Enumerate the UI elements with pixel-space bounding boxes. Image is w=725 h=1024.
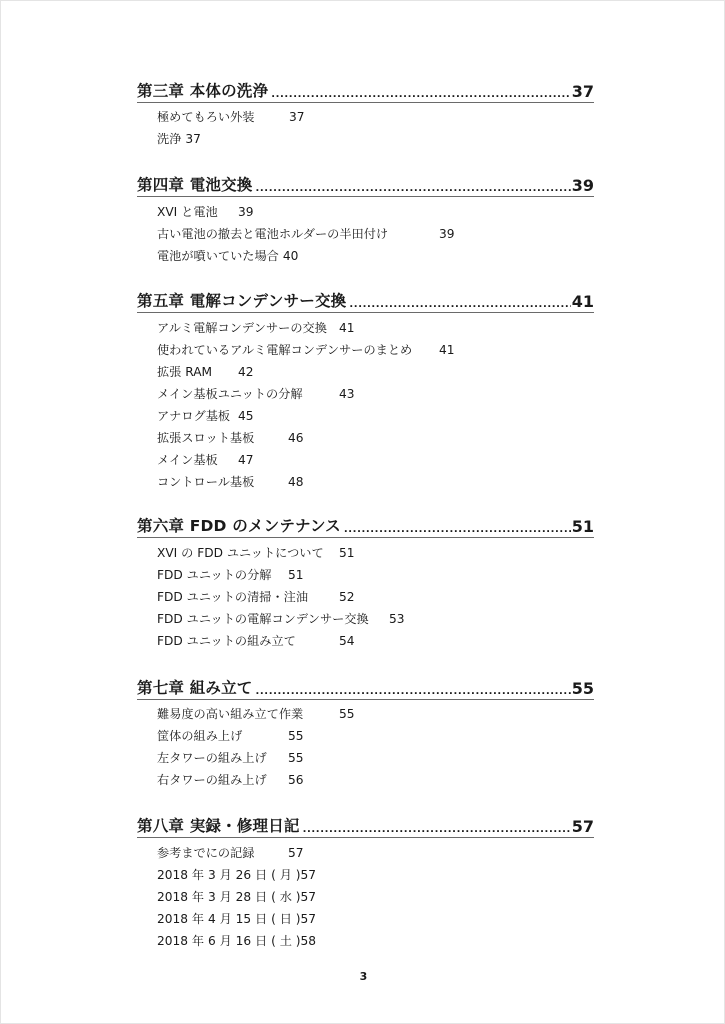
entry-page-number: 55	[288, 727, 304, 745]
chapter-title: 第四章 電池交換	[137, 173, 253, 195]
entry-title: 2018 年 3 月 26 日 ( 月 )	[157, 868, 301, 882]
toc-chapter-heading[interactable]: 第三章 本体の洗浄 37	[137, 79, 594, 103]
toc-chapter-heading[interactable]: 第八章 実録・修理日記 57	[137, 814, 594, 838]
toc-entry[interactable]: 2018 年 3 月 26 日 ( 月 )57	[157, 866, 316, 884]
entry-page-number: 47	[238, 451, 254, 469]
dot-leader	[349, 300, 570, 310]
entry-title: FDD ユニットの組み立て	[157, 632, 296, 650]
chapter-title: 第八章 実録・修理日記	[137, 814, 300, 836]
toc-chapter-heading[interactable]: 第五章 電解コンデンサー交換 41	[137, 289, 594, 313]
dot-leader	[256, 687, 571, 697]
entry-page-number: 41	[339, 319, 355, 337]
entry-page-number: 57	[288, 844, 304, 862]
toc-chapter-heading[interactable]: 第四章 電池交換 39	[137, 173, 594, 197]
dot-leader	[344, 525, 571, 535]
entry-page-number: 51	[339, 544, 355, 562]
entry-page-number: 48	[288, 473, 304, 491]
chapter-title: 第七章 組み立て	[137, 676, 253, 698]
entry-page-number: 57	[301, 868, 317, 882]
entry-title: アナログ基板	[157, 407, 230, 425]
toc-entry[interactable]: 2018 年 4 月 15 日 ( 日 )57	[157, 910, 316, 928]
entry-page-number: 46	[288, 429, 304, 447]
entry-title: 2018 年 3 月 28 日 ( 水 )	[157, 890, 301, 904]
entry-page-number: 45	[238, 407, 254, 425]
dot-leader	[271, 90, 571, 100]
dot-leader	[303, 825, 571, 835]
toc-entry[interactable]: 2018 年 6 月 16 日 ( 土 )58	[157, 932, 316, 950]
entry-title: 洗浄	[157, 132, 181, 146]
entry-page-number: 57	[301, 890, 317, 904]
entry-page-number: 37	[185, 132, 201, 146]
toc-chapter-heading[interactable]: 第六章 FDD のメンテナンス 51	[137, 514, 594, 538]
chapter-page-number: 37	[572, 82, 594, 101]
chapter-page-number: 57	[572, 817, 594, 836]
entry-title: コントロール基板	[157, 473, 254, 491]
toc-entry[interactable]: 2018 年 3 月 28 日 ( 水 )57	[157, 888, 316, 906]
entry-title: 2018 年 4 月 15 日 ( 日 )	[157, 912, 301, 926]
entry-page-number: 52	[339, 588, 355, 606]
entry-title: FDD ユニットの電解コンデンサー交換	[157, 610, 369, 628]
document-page: 第三章 本体の洗浄 37 極めてもろい外装 37 洗浄37 第四章 電池交換 3…	[0, 0, 725, 1024]
entry-title: 拡張スロット基板	[157, 429, 254, 447]
entry-title: 2018 年 6 月 16 日 ( 土 )	[157, 934, 301, 948]
entry-title: FDD ユニットの分解	[157, 566, 271, 584]
page-number: 3	[1, 970, 725, 983]
toc-entry[interactable]: 電池が噴いていた場合40	[157, 247, 298, 265]
chapter-page-number: 51	[572, 517, 594, 536]
toc-chapter-heading[interactable]: 第七章 組み立て 55	[137, 676, 594, 700]
entry-title: メイン基板ユニットの分解	[157, 385, 303, 403]
chapter-title: 第六章 FDD のメンテナンス	[137, 514, 341, 536]
entry-page-number: 42	[238, 363, 254, 381]
entry-title: メイン基板	[157, 451, 218, 469]
entry-page-number: 39	[238, 203, 254, 221]
entry-page-number: 56	[288, 771, 304, 789]
entry-page-number: 39	[439, 225, 455, 243]
entry-page-number: 57	[301, 912, 317, 926]
entry-page-number: 53	[389, 610, 405, 628]
entry-title: アルミ電解コンデンサーの交換	[157, 319, 327, 337]
chapter-page-number: 39	[572, 176, 594, 195]
entry-title: 使われているアルミ電解コンデンサーのまとめ	[157, 341, 412, 359]
entry-title: 参考までにの記録	[157, 844, 255, 862]
entry-title: 難易度の高い組み立て作業	[157, 705, 303, 723]
entry-page-number: 54	[339, 632, 355, 650]
chapter-page-number: 41	[572, 292, 594, 311]
entry-page-number: 55	[339, 705, 355, 723]
entry-title: 古い電池の撤去と電池ホルダーの半田付け	[157, 225, 388, 243]
entry-title: XVI と電池	[157, 203, 218, 221]
dot-leader	[256, 184, 571, 194]
entry-title: 電池が噴いていた場合	[157, 249, 279, 263]
entry-title: 筐体の組み上げ	[157, 727, 242, 745]
entry-page-number: 43	[339, 385, 355, 403]
entry-title: 拡張 RAM	[157, 363, 212, 381]
entry-page-number: 55	[288, 749, 304, 767]
entry-page-number: 58	[301, 934, 317, 948]
entry-title: 極めてもろい外装	[157, 108, 255, 126]
entry-page-number: 51	[288, 566, 304, 584]
entry-title: XVI の FDD ユニットについて	[157, 544, 324, 562]
chapter-title: 第五章 電解コンデンサー交換	[137, 289, 346, 311]
entry-page-number: 41	[439, 341, 455, 359]
chapter-title: 第三章 本体の洗浄	[137, 79, 268, 101]
entry-title: 右タワーの組み上げ	[157, 771, 267, 789]
chapter-page-number: 55	[572, 679, 594, 698]
entry-page-number: 40	[283, 249, 299, 263]
entry-title: FDD ユニットの清掃・注油	[157, 588, 308, 606]
entry-title: 左タワーの組み上げ	[157, 749, 267, 767]
toc-entry[interactable]: 洗浄37	[157, 130, 201, 148]
entry-page-number: 37	[289, 108, 305, 126]
